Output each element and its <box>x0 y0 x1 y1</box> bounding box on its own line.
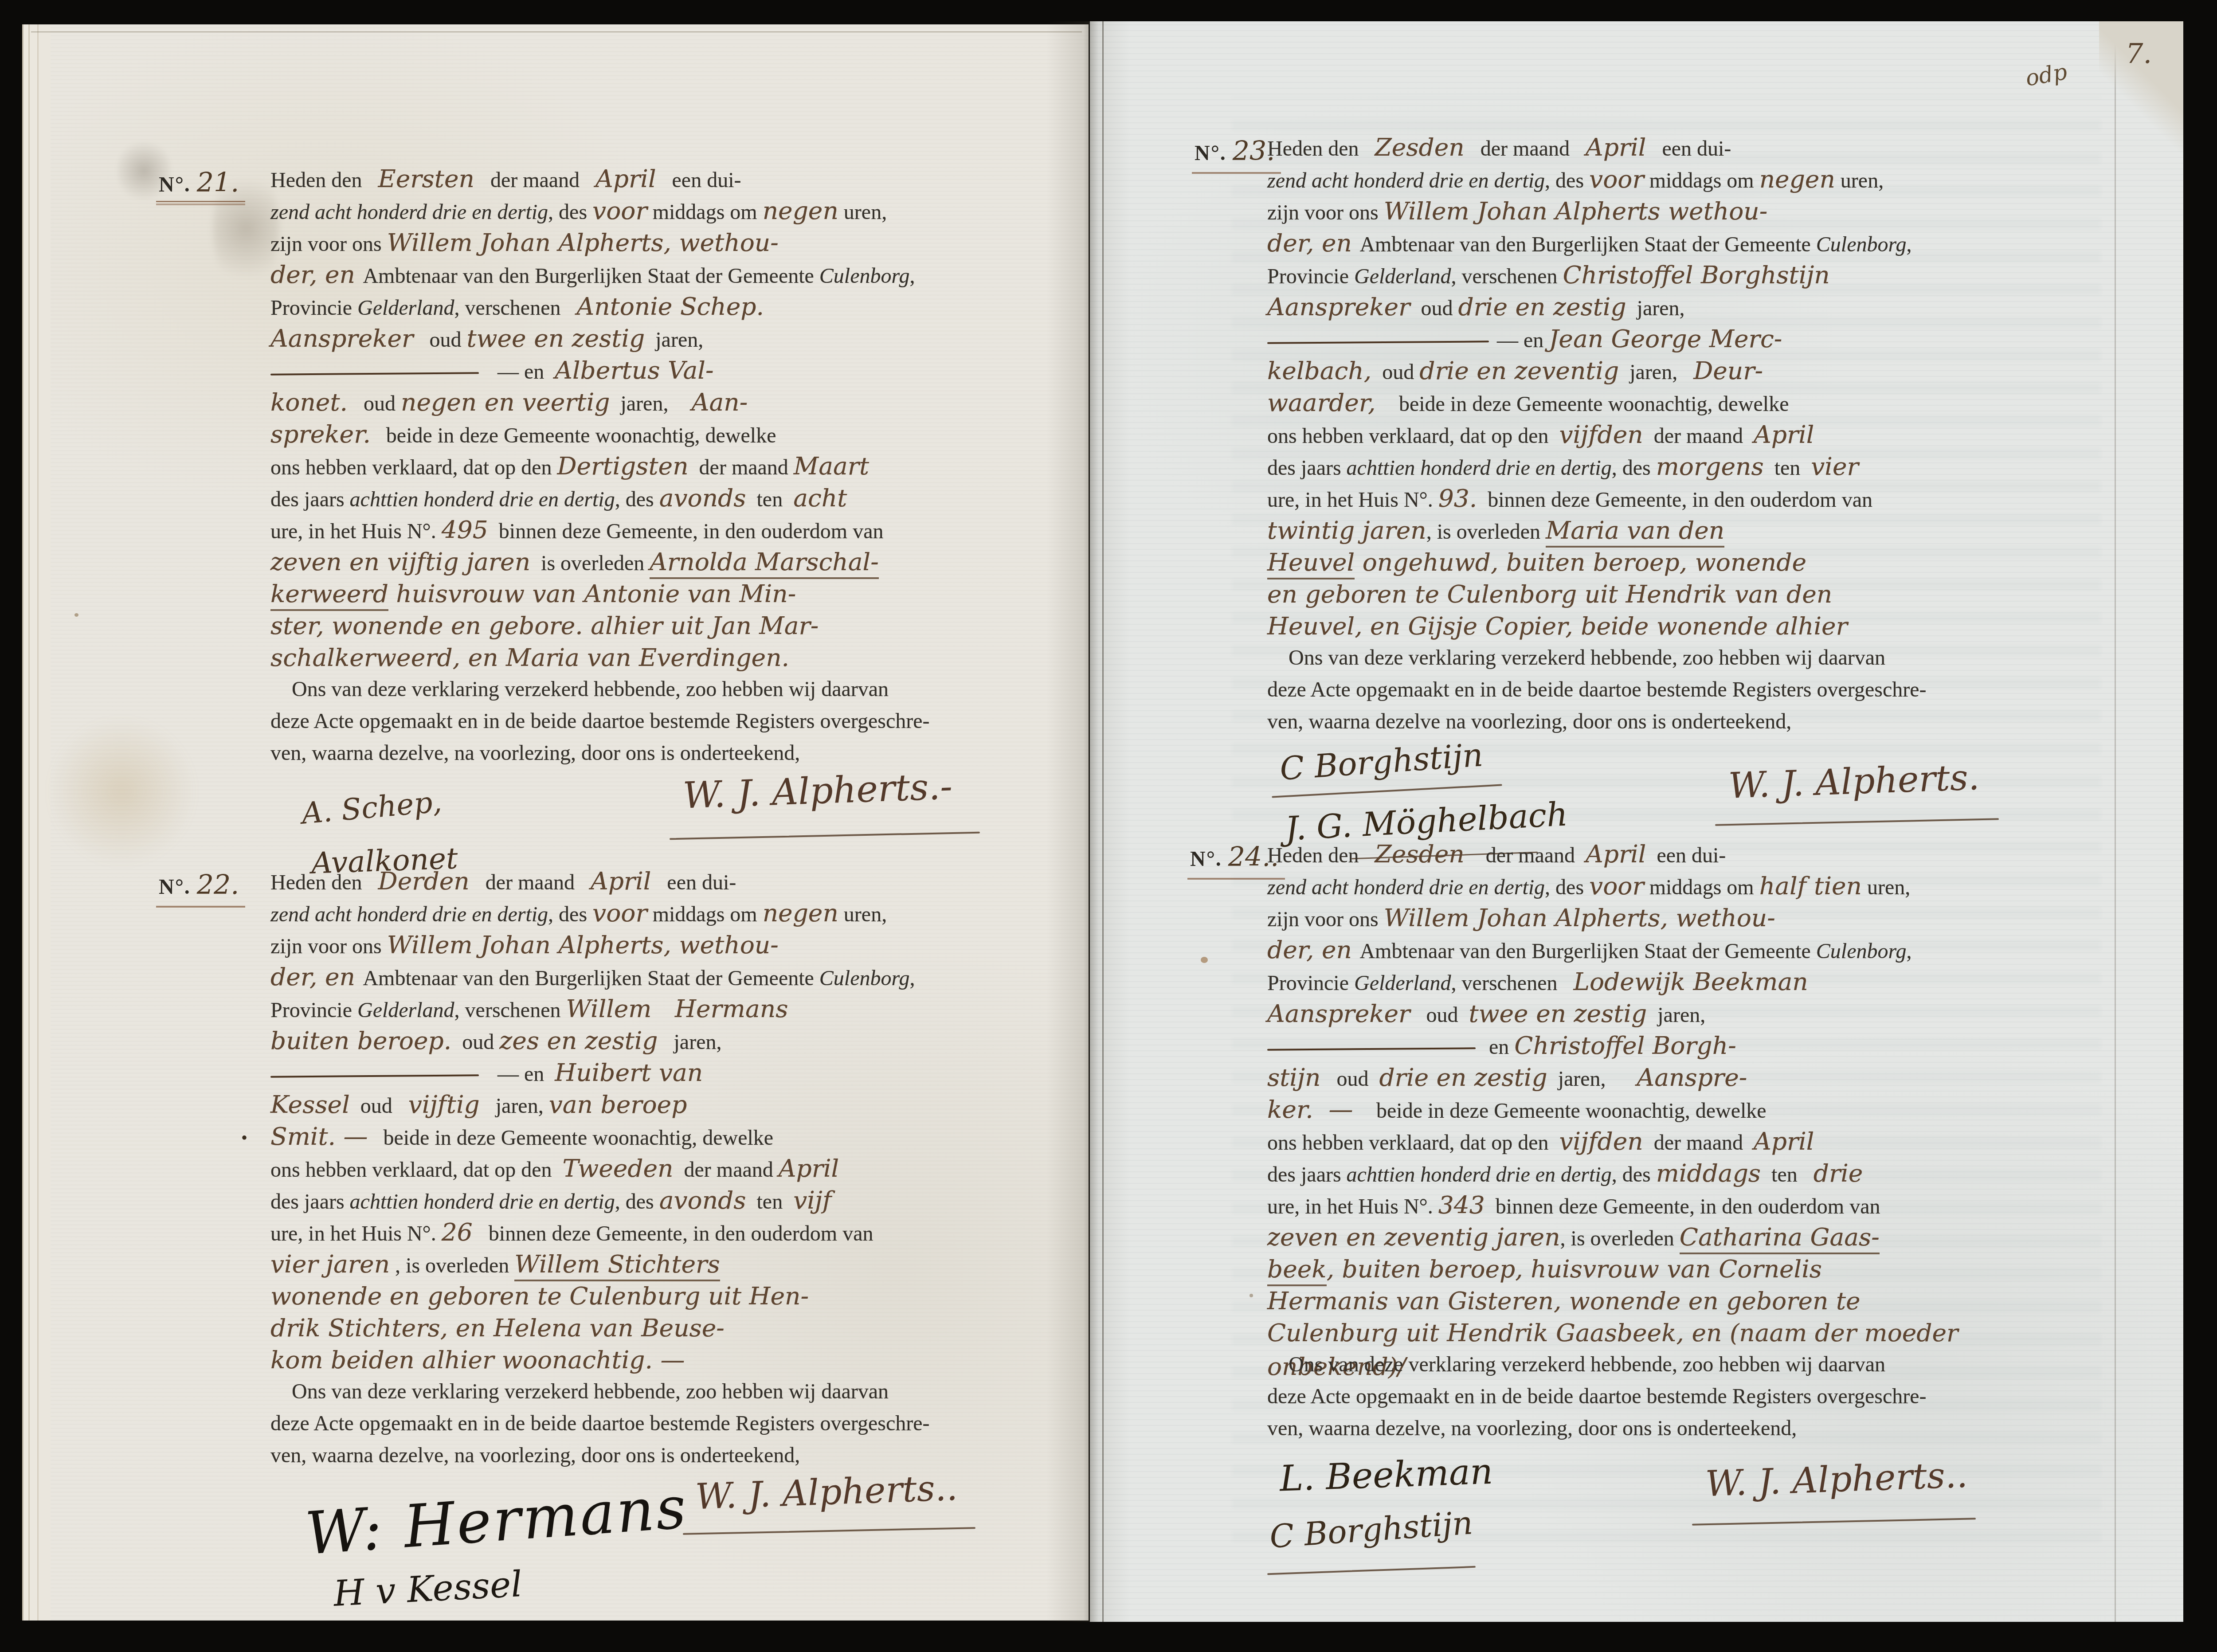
text-segment: April <box>595 164 656 193</box>
text-line: Heden den Derden der maand April een dui… <box>270 865 1015 897</box>
text-segment: beide in deze Gemeente woonachtig, dewel… <box>1376 1099 1767 1123</box>
text-segment: Maart <box>794 452 869 480</box>
text-segment: wonende en geboren te Culenburg uit Hen- <box>270 1282 809 1310</box>
text-segment: ongehuwd, buiten beroep, wonende <box>1355 548 1806 576</box>
text-segment: der maand <box>1643 424 1754 448</box>
text-line: Ons van deze verklaring verzekerd hebben… <box>270 1376 1015 1408</box>
folio-scribble: odp <box>2024 59 2069 91</box>
text-segment: buiten beroep. <box>270 1026 451 1055</box>
text-segment: , verschenen <box>1451 265 1563 288</box>
text-segment: voor <box>1589 872 1644 900</box>
text-segment: — en <box>1497 329 1549 352</box>
text-segment: Willem Johan Alpherts, wethou- <box>387 931 779 959</box>
text-segment: zend acht honderd drie en dertig <box>270 200 548 224</box>
entry-number-label: N°.23. <box>1195 136 1275 167</box>
text-line: Heuvel ongehuwd, buiten beroep, wonende <box>1267 546 2030 578</box>
text-segment: Culenborg <box>1816 233 1907 256</box>
pen-rule <box>1267 1047 1476 1050</box>
text-line: zeven en zeventig jaren, is overleden Ca… <box>1267 1221 2030 1253</box>
witness-signature: C Borghstijn <box>1269 1504 1474 1555</box>
text-segment: ven, waarna dezelve, na voorlezing, door… <box>1267 1417 1797 1440</box>
text-segment: ure, in het Huis N°. <box>1267 1195 1438 1218</box>
text-segment: uren, <box>838 903 887 926</box>
text-segment: acht <box>793 484 847 512</box>
text-segment: en geboren te Culenborg uit Hendrik van … <box>1267 580 1832 608</box>
text-segment: Willem Stichters <box>514 1250 720 1281</box>
text-segment: , des <box>1612 1163 1656 1186</box>
death-record-entry-24: Heden den Zesden der maand April een dui… <box>1267 838 2030 1578</box>
registrar-signature: W. J. Alpherts.- <box>682 765 953 817</box>
text-segment: oud <box>413 328 466 352</box>
text-segment: Culenborg <box>1816 940 1907 963</box>
text-segment: Culenborg <box>819 264 910 288</box>
text-line: des jaars achttien honderd drie en derti… <box>1267 1157 2030 1189</box>
text-segment: negen <box>763 899 838 927</box>
text-line: buiten beroep. oud zes en zestig jaren, <box>270 1025 1015 1057</box>
text-line: en geboren te Culenborg uit Hendrik van … <box>1267 578 2030 610</box>
text-line: kelbach, oud drie en zeventig jaren, Deu… <box>1267 355 2030 387</box>
signature-flourish <box>1715 818 1999 826</box>
text-segment: Kessel <box>270 1090 350 1119</box>
text-line: — en Huibert van <box>270 1057 1015 1088</box>
text-segment: ten <box>1761 1163 1814 1186</box>
text-segment: Heuvel, en Gijsje Copier, beide wonende … <box>1267 612 1848 640</box>
text-line: Kessel oud vijftig jaren, van beroep <box>270 1088 1015 1120</box>
text-segment: morgens <box>1656 452 1764 481</box>
text-segment: 343 <box>1438 1191 1485 1219</box>
text-segment: achttien honderd drie en dertig <box>1347 456 1612 480</box>
text-segment: negen <box>763 196 838 225</box>
text-segment: ons hebben verklaard, dat op den <box>1267 424 1559 448</box>
entry-number-prefix: N°. <box>1195 141 1226 165</box>
text-segment: zend acht honderd drie en dertig <box>1267 876 1545 899</box>
text-line: zeven en vijftig jaren is overleden Arno… <box>270 546 1015 578</box>
text-segment: zijn voor ons <box>270 935 387 958</box>
text-line: Aanspreker oud twee en zestig jaren, <box>270 322 1015 354</box>
text-line: schalkerweerd, en Maria van Everdingen. <box>270 642 1015 673</box>
text-segment: deze Acte opgemaakt en in de beide daart… <box>270 1412 929 1435</box>
text-line: Heden den Eersten der maand April een du… <box>270 163 1015 195</box>
page-gutter <box>1046 21 1131 1622</box>
text-segment: jaren, <box>1547 1067 1606 1091</box>
text-line: Culenburg uit Hendrik Gaasbeek, en (naam… <box>1267 1317 2030 1349</box>
witness-signature: L. Beekman <box>1279 1451 1494 1499</box>
text-line: ons hebben verklaard, dat op den vijfden… <box>1267 1125 2030 1157</box>
witness-signature: C Borghstijn <box>1279 736 1484 787</box>
pen-rule <box>1267 341 1489 344</box>
text-line: kom beiden alhier woonachtig. — <box>270 1344 1015 1376</box>
text-segment: Zesden <box>1375 133 1465 161</box>
text-line: drik Stichters, en Helena van Beuse- <box>270 1312 1015 1344</box>
text-segment: voor <box>1589 165 1644 193</box>
death-record-entry-22: • Heden den Derden der maand April een d… <box>270 865 1015 1605</box>
text-segment: jaren, <box>480 1094 549 1118</box>
text-line: ven, waarna dezelve, na voorlezing, door… <box>270 1440 1015 1472</box>
text-line: zijn voor ons Willem Johan Alpherts, wet… <box>1267 902 2030 934</box>
text-segment: oud <box>1371 360 1419 384</box>
text-segment: Heuvel <box>1267 548 1355 579</box>
text-segment: uren, <box>1835 169 1884 192</box>
text-line: konet. oud negen en veertig jaren, Aan- <box>270 386 1015 418</box>
text-segment: konet. <box>270 388 348 416</box>
text-segment: Gelderland <box>1354 265 1451 288</box>
signature-flourish <box>683 1527 975 1535</box>
text-segment: drik Stichters, en Helena van Beuse- <box>270 1314 725 1342</box>
text-segment: jaren, <box>645 328 703 352</box>
text-line: twintig jaren, is overleden Maria van de… <box>1267 514 2030 546</box>
text-segment: ven, waarna dezelve, na voorlezing, door… <box>270 741 800 765</box>
text-segment: Lodewijk Beekman <box>1573 967 1808 996</box>
text-segment: ons hebben verklaard, dat op den <box>270 456 557 479</box>
text-segment: ure, in het Huis N°. <box>270 520 442 543</box>
signature-flourish <box>1692 1518 1976 1525</box>
text-segment: Aan- <box>668 388 748 416</box>
registrar-signature: W. J. Alpherts.. <box>695 1467 958 1518</box>
text-line: des jaars achttien honderd drie en derti… <box>270 482 1015 514</box>
text-segment: Gelderland <box>357 998 454 1022</box>
text-segment: ven, waarna dezelve na voorlezing, door … <box>1267 710 1791 733</box>
text-segment: April <box>1754 1127 1814 1155</box>
text-segment: achttien honderd drie en dertig <box>1347 1163 1612 1186</box>
text-segment: half tien <box>1759 872 1862 900</box>
text-line: ven, waarna dezelve, na voorlezing, door… <box>1267 1413 2030 1445</box>
text-segment: een dui- <box>651 871 736 894</box>
text-segment: jaren, <box>1647 1003 1705 1027</box>
text-segment: 93. <box>1438 484 1477 513</box>
text-segment: Provincie <box>1267 265 1354 288</box>
text-segment: zijn voor ons <box>270 232 387 256</box>
text-segment: middags <box>1656 1159 1761 1187</box>
text-segment: Gelderland <box>1354 971 1451 995</box>
text-segment: Ambtenaar van den Burgerlijken Staat der… <box>363 264 819 288</box>
signature-flourish <box>1267 1566 1476 1575</box>
text-segment: der maand <box>1465 137 1586 161</box>
text-segment: uren, <box>1862 876 1910 899</box>
text-segment: deze Acte opgemaakt en in de beide daart… <box>270 709 929 733</box>
text-segment: , <box>909 967 915 990</box>
text-segment: zijn voor ons <box>1267 908 1384 931</box>
text-segment: zijn voor ons <box>1267 201 1384 224</box>
text-segment: negen <box>1759 165 1835 193</box>
text-segment: der maand <box>1643 1131 1754 1155</box>
text-segment: beide in deze Gemeente woonachtig, dewel… <box>1399 392 1789 416</box>
text-line: deze Acte opgemaakt en in de beide daart… <box>270 1408 1015 1440</box>
entry-number-prefix: N°. <box>1190 847 1222 871</box>
text-line: ven, waarna dezelve na voorlezing, door … <box>1267 706 2030 738</box>
text-segment: Ons van deze verklaring verzekerd hebben… <box>1267 646 1885 669</box>
text-segment: April <box>779 1154 839 1182</box>
entry-number-label: N°.24.. <box>1190 842 1279 873</box>
text-segment: en <box>1484 1035 1514 1059</box>
text-segment: Arnolda Marschal- <box>650 548 878 579</box>
witness-signature: W: Hermans <box>303 1473 690 1568</box>
ink-speck <box>1250 1294 1253 1297</box>
entry-number-prefix: N°. <box>159 173 191 196</box>
ink-dot: • <box>241 1127 247 1148</box>
text-segment: binnen deze Gemeente, in den ouderdom va… <box>1477 488 1872 512</box>
text-segment: Ons van deze verklaring verzekerd hebben… <box>270 1380 889 1403</box>
text-segment: Willem Hermans <box>566 994 788 1023</box>
signature-block: L. Beekman C Borghstijn W. J. Alpherts.. <box>1267 1445 2030 1578</box>
text-segment: huisvrouw van Antonie van Min- <box>388 579 796 608</box>
text-segment: kelbach, <box>1267 356 1371 385</box>
text-line: zijn voor ons Willem Johan Alpherts, wet… <box>270 227 1015 258</box>
text-segment: oud <box>350 1094 408 1118</box>
text-line: ster, wonende en gebore. alhier uit Jan … <box>270 610 1015 642</box>
text-segment: — en <box>487 360 555 384</box>
text-segment: Ambtenaar van den Burgerlijken Staat der… <box>1359 940 1816 963</box>
text-segment: oud <box>348 392 401 415</box>
text-segment: April <box>591 867 651 895</box>
text-segment: April <box>1586 840 1646 868</box>
text-line: waarder, beide in deze Gemeente woonacht… <box>1267 387 2030 419</box>
text-segment: , verschenen <box>454 296 577 320</box>
ink-speck <box>1201 957 1208 963</box>
text-segment: kerweerd <box>270 579 388 611</box>
text-segment: twee en zestig <box>1469 999 1647 1028</box>
text-segment: Provincie <box>270 296 357 320</box>
text-line: ure, in het Huis N°. 26 binnen deze Geme… <box>270 1216 1015 1248</box>
text-segment: Albertus Val- <box>555 356 713 384</box>
page-number: 7. <box>2126 37 2152 70</box>
text-line: ure, in het Huis N°. 495 binnen deze Gem… <box>270 514 1015 546</box>
entry-number-label: N°.21. <box>159 167 239 198</box>
text-line: deze Acte opgemaakt en in de beide daart… <box>1267 674 2030 706</box>
text-segment: Willem Johan Alpherts, wethou- <box>1384 904 1775 932</box>
text-segment: zend acht honderd drie en dertig <box>270 903 548 926</box>
text-line: Aanspreker oud twee en zestig jaren, <box>1267 998 2030 1030</box>
paper-stain <box>49 716 195 867</box>
text-line: Provincie Gelderland, verschenen Willem … <box>270 993 1015 1025</box>
text-line: Provincie Gelderland, verschenen Antonie… <box>270 290 1015 322</box>
text-line: Provincie Gelderland, verschenen Christo… <box>1267 259 2030 291</box>
text-segment: twee en zestig <box>466 324 645 352</box>
text-segment: kom beiden alhier woonachtig. — <box>270 1346 685 1374</box>
text-segment: Zesden <box>1375 840 1465 868</box>
text-line: zend acht honderd drie en dertig, des vo… <box>1267 163 2030 195</box>
pen-rule <box>270 372 479 375</box>
text-segment: jaren, <box>610 392 668 415</box>
text-segment: beide in deze Gemeente woonachtig, dewel… <box>383 1126 773 1150</box>
registrar-signature: W. J. Alpherts. <box>1728 756 1980 806</box>
text-segment: der maand <box>1465 844 1586 867</box>
ink-speck <box>74 613 78 617</box>
text-segment: , is overleden <box>1426 520 1546 544</box>
text-line: ons hebben verklaard, dat op den Dertigs… <box>270 450 1015 482</box>
text-segment: Willem Johan Alpherts wethou- <box>1384 197 1768 225</box>
text-segment: , des <box>615 1190 659 1214</box>
text-segment: , verschenen <box>1451 971 1574 995</box>
entry-lines: Heden den Eersten der maand April een du… <box>270 163 1015 769</box>
text-segment: middags om <box>647 903 763 926</box>
text-segment: een dui- <box>1646 844 1726 867</box>
signature-flourish <box>670 832 980 840</box>
text-line: beek, buiten beroep, huisvrouw van Corne… <box>1267 1253 2030 1285</box>
signature-block: W: Hermans H v Kessel W. J. Alpherts.. <box>270 1472 1015 1605</box>
text-segment: beek <box>1267 1255 1327 1286</box>
text-line: des jaars achttien honderd drie en derti… <box>1267 450 2030 482</box>
text-segment: vier jaren <box>270 1250 390 1278</box>
text-segment: der maand <box>474 168 595 192</box>
text-segment: der maand <box>674 1158 779 1182</box>
text-segment: waarder, <box>1267 388 1399 417</box>
text-segment: Deur- <box>1693 356 1763 385</box>
text-segment: Heden den <box>270 168 378 192</box>
text-segment: twintig jaren <box>1267 516 1426 544</box>
text-segment: ten <box>1764 456 1811 480</box>
text-segment: middags om <box>647 200 763 224</box>
text-line: — en Jean George Merc- <box>1267 323 2030 355</box>
registrar-signature: W. J. Alpherts.. <box>1705 1454 1968 1505</box>
text-segment: Tweeden <box>562 1154 673 1182</box>
text-segment: jaren, <box>1626 297 1685 320</box>
text-segment: Provincie <box>1267 971 1354 995</box>
text-segment: middags om <box>1644 169 1759 192</box>
text-segment: des jaars <box>1267 1163 1347 1186</box>
text-line: ure, in het Huis N°. 93. binnen deze Gem… <box>1267 482 2030 514</box>
text-line: deze Acte opgemaakt en in de beide daart… <box>1267 1381 2030 1413</box>
text-segment: 26 <box>442 1218 473 1246</box>
text-line: vier jaren , is overleden Willem Stichte… <box>270 1248 1015 1280</box>
text-segment: vier <box>1811 452 1859 481</box>
text-segment: Aanspreker <box>1267 293 1410 321</box>
text-segment: Ambtenaar van den Burgerlijken Staat der… <box>1359 233 1816 256</box>
text-line: der, en Ambtenaar van den Burgerlijken S… <box>270 961 1015 993</box>
entry-lines: Heden den Zesden der maand April een dui… <box>1267 838 2030 1445</box>
death-record-entry-21: Heden den Eersten der maand April een du… <box>270 163 1015 902</box>
text-segment: jaren, <box>658 1030 722 1054</box>
text-segment: Aanspreker <box>1267 999 1410 1028</box>
text-line: wonende en geboren te Culenburg uit Hen- <box>270 1280 1015 1312</box>
text-segment: ure, in het Huis N°. <box>270 1222 442 1245</box>
text-segment: oud <box>451 1030 499 1054</box>
text-line: stijn oud drie en zestig jaren, Aanspre- <box>1267 1061 2030 1093</box>
text-segment: der, en <box>270 260 363 289</box>
text-line: zijn voor ons Willem Johan Alpherts weth… <box>1267 195 2030 227</box>
text-segment: Heden den <box>270 871 378 894</box>
text-line: zijn voor ons Willem Johan Alpherts, wet… <box>270 929 1015 961</box>
text-segment: ons hebben verklaard, dat op den <box>270 1158 562 1182</box>
entry-lines: Heden den Zesden der maand April een dui… <box>1267 131 2030 738</box>
witness-signature: A. Schep, <box>300 784 443 830</box>
text-line: ven, waarna dezelve, na voorlezing, door… <box>270 737 1015 769</box>
text-line: Ons van deze verklaring verzekerd hebben… <box>270 673 1015 705</box>
text-segment: des jaars <box>270 488 350 511</box>
text-segment: zeven en vijftig jaren <box>270 548 530 576</box>
text-segment: der, en <box>1267 229 1359 257</box>
text-segment: ven, waarna dezelve, na voorlezing, door… <box>270 1444 800 1467</box>
text-segment: stijn <box>1267 1063 1320 1092</box>
text-segment: Hermanis van Gisteren, wonende en gebore… <box>1267 1287 1861 1315</box>
text-segment: der, en <box>270 963 363 991</box>
text-line: Ons van deze verklaring verzekerd hebben… <box>1267 1349 2030 1381</box>
text-segment: ster, wonende en gebore. alhier uit Jan … <box>270 611 819 640</box>
text-segment: Gelderland <box>357 296 454 320</box>
text-segment: vijfden <box>1559 420 1643 449</box>
text-segment: , buiten beroep, huisvrouw van Cornelis <box>1327 1255 1822 1283</box>
text-segment: zend acht honderd drie en dertig <box>1267 169 1545 192</box>
text-line: ons hebben verklaard, dat op den vijfden… <box>1267 419 2030 450</box>
text-segment: Ons van deze verklaring verzekerd hebben… <box>270 677 889 701</box>
text-segment: achttien honderd drie en dertig <box>350 488 615 511</box>
text-line: Provincie Gelderland, verschenen Lodewij… <box>1267 966 2030 998</box>
text-segment: — en <box>487 1062 555 1086</box>
text-segment: , des <box>548 903 592 926</box>
text-line: ure, in het Huis N°. 343 binnen deze Gem… <box>1267 1189 2030 1221</box>
text-segment: binnen deze Gemeente, in den ouderdom va… <box>1485 1195 1880 1218</box>
text-segment: des jaars <box>1267 456 1347 480</box>
text-line: zend acht honderd drie en dertig, des vo… <box>1267 870 2030 902</box>
text-segment: Dertigsten <box>557 452 688 480</box>
text-segment: Eersten <box>378 164 474 193</box>
text-line: der, en Ambtenaar van den Burgerlijken S… <box>270 258 1015 290</box>
text-segment: oud <box>1410 297 1458 320</box>
text-segment: Antonie Schep. <box>576 292 764 321</box>
text-segment: der maand <box>689 456 794 479</box>
text-segment: Ambtenaar van den Burgerlijken Staat der… <box>363 967 819 990</box>
text-line: en Christoffel Borgh- <box>1267 1030 2030 1061</box>
text-segment: avonds <box>659 484 746 512</box>
text-segment: Aanspre- <box>1606 1063 1747 1092</box>
text-segment: schalkerweerd, en Maria van Everdingen. <box>270 643 789 672</box>
text-segment: is overleden <box>530 552 650 575</box>
text-segment: Smit. — <box>270 1122 383 1151</box>
text-segment: Provincie <box>270 998 357 1022</box>
entry-number-value: 21. <box>197 167 239 198</box>
text-segment: , des <box>1545 169 1589 192</box>
text-segment: uren, <box>838 200 887 224</box>
left-page: N°.21. Heden den Eersten der maand April… <box>22 24 1089 1621</box>
text-segment: drie <box>1814 1159 1863 1187</box>
text-segment: oud <box>1320 1067 1379 1091</box>
text-segment: deze Acte opgemaakt en in de beide daart… <box>1267 678 1926 701</box>
text-segment: , <box>909 264 915 288</box>
text-line: kerweerd huisvrouw van Antonie van Min- <box>270 578 1015 610</box>
text-segment: een dui- <box>1646 137 1731 161</box>
text-line: des jaars achttien honderd drie en derti… <box>270 1184 1015 1216</box>
text-line: Heden den Zesden der maand April een dui… <box>1267 131 2030 163</box>
text-segment: spreker. <box>270 420 386 448</box>
text-segment: Jean George Merc- <box>1549 325 1782 353</box>
text-segment: der, en <box>1267 936 1359 964</box>
text-segment: binnen deze Gemeente, in den ouderdom va… <box>473 1222 873 1245</box>
text-segment: negen en veertig <box>401 388 610 416</box>
text-segment: middags om <box>1644 876 1759 899</box>
text-segment: Aanspreker <box>270 324 413 352</box>
text-segment: vijf <box>793 1186 831 1214</box>
text-segment: Willem Johan Alpherts, wethou- <box>387 228 779 257</box>
text-line: Heden den Zesden der maand April een dui… <box>1267 838 2030 870</box>
text-segment: zes en zestig <box>499 1026 658 1055</box>
death-record-entry-23: Heden den Zesden der maand April een dui… <box>1267 131 2030 871</box>
text-segment: Maria van den <box>1546 516 1724 548</box>
text-segment: drie en zeventig <box>1419 356 1619 385</box>
text-segment: Derden <box>378 867 470 895</box>
text-segment: , is overleden <box>1560 1227 1680 1250</box>
page-top-edge-line <box>31 31 1082 32</box>
entry-number-prefix: N°. <box>159 875 191 899</box>
text-segment: ure, in het Huis N°. <box>1267 488 1438 512</box>
pen-rule <box>270 1074 479 1077</box>
register-scan: N°.21. Heden den Eersten der maand April… <box>0 0 2217 1652</box>
text-segment: Heden den <box>1267 137 1375 161</box>
text-segment: ons hebben verklaard, dat op den <box>1267 1131 1559 1155</box>
text-segment: ker. — <box>1267 1095 1376 1124</box>
text-line: der, en Ambtenaar van den Burgerlijken S… <box>1267 934 2030 966</box>
entry-lines: Heden den Derden der maand April een dui… <box>270 865 1015 1472</box>
text-line: zend acht honderd drie en dertig, des vo… <box>270 195 1015 227</box>
entry-number-label: N°.22. <box>159 869 239 900</box>
